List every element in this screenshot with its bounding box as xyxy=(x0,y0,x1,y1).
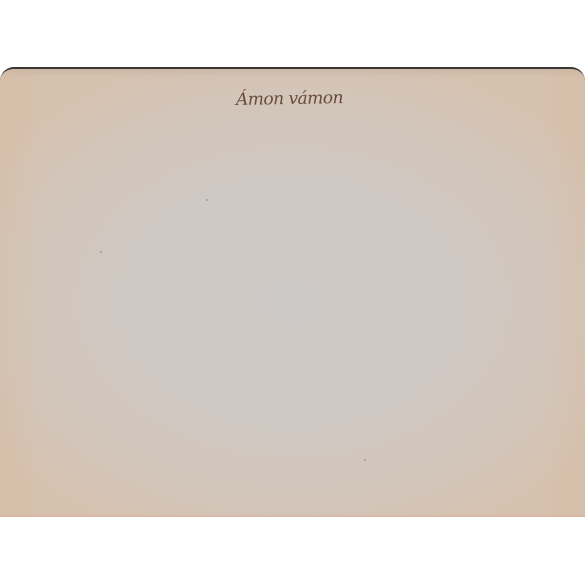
paper-speck xyxy=(364,459,366,461)
paper-speck xyxy=(100,251,102,253)
paper-speck xyxy=(206,199,208,201)
card-back: Ámon vámon xyxy=(0,67,585,517)
handwritten-inscription: Ámon vámon xyxy=(236,88,343,110)
scan-stage: Ámon vámon xyxy=(0,0,585,585)
card-bottom-edge xyxy=(0,515,585,517)
